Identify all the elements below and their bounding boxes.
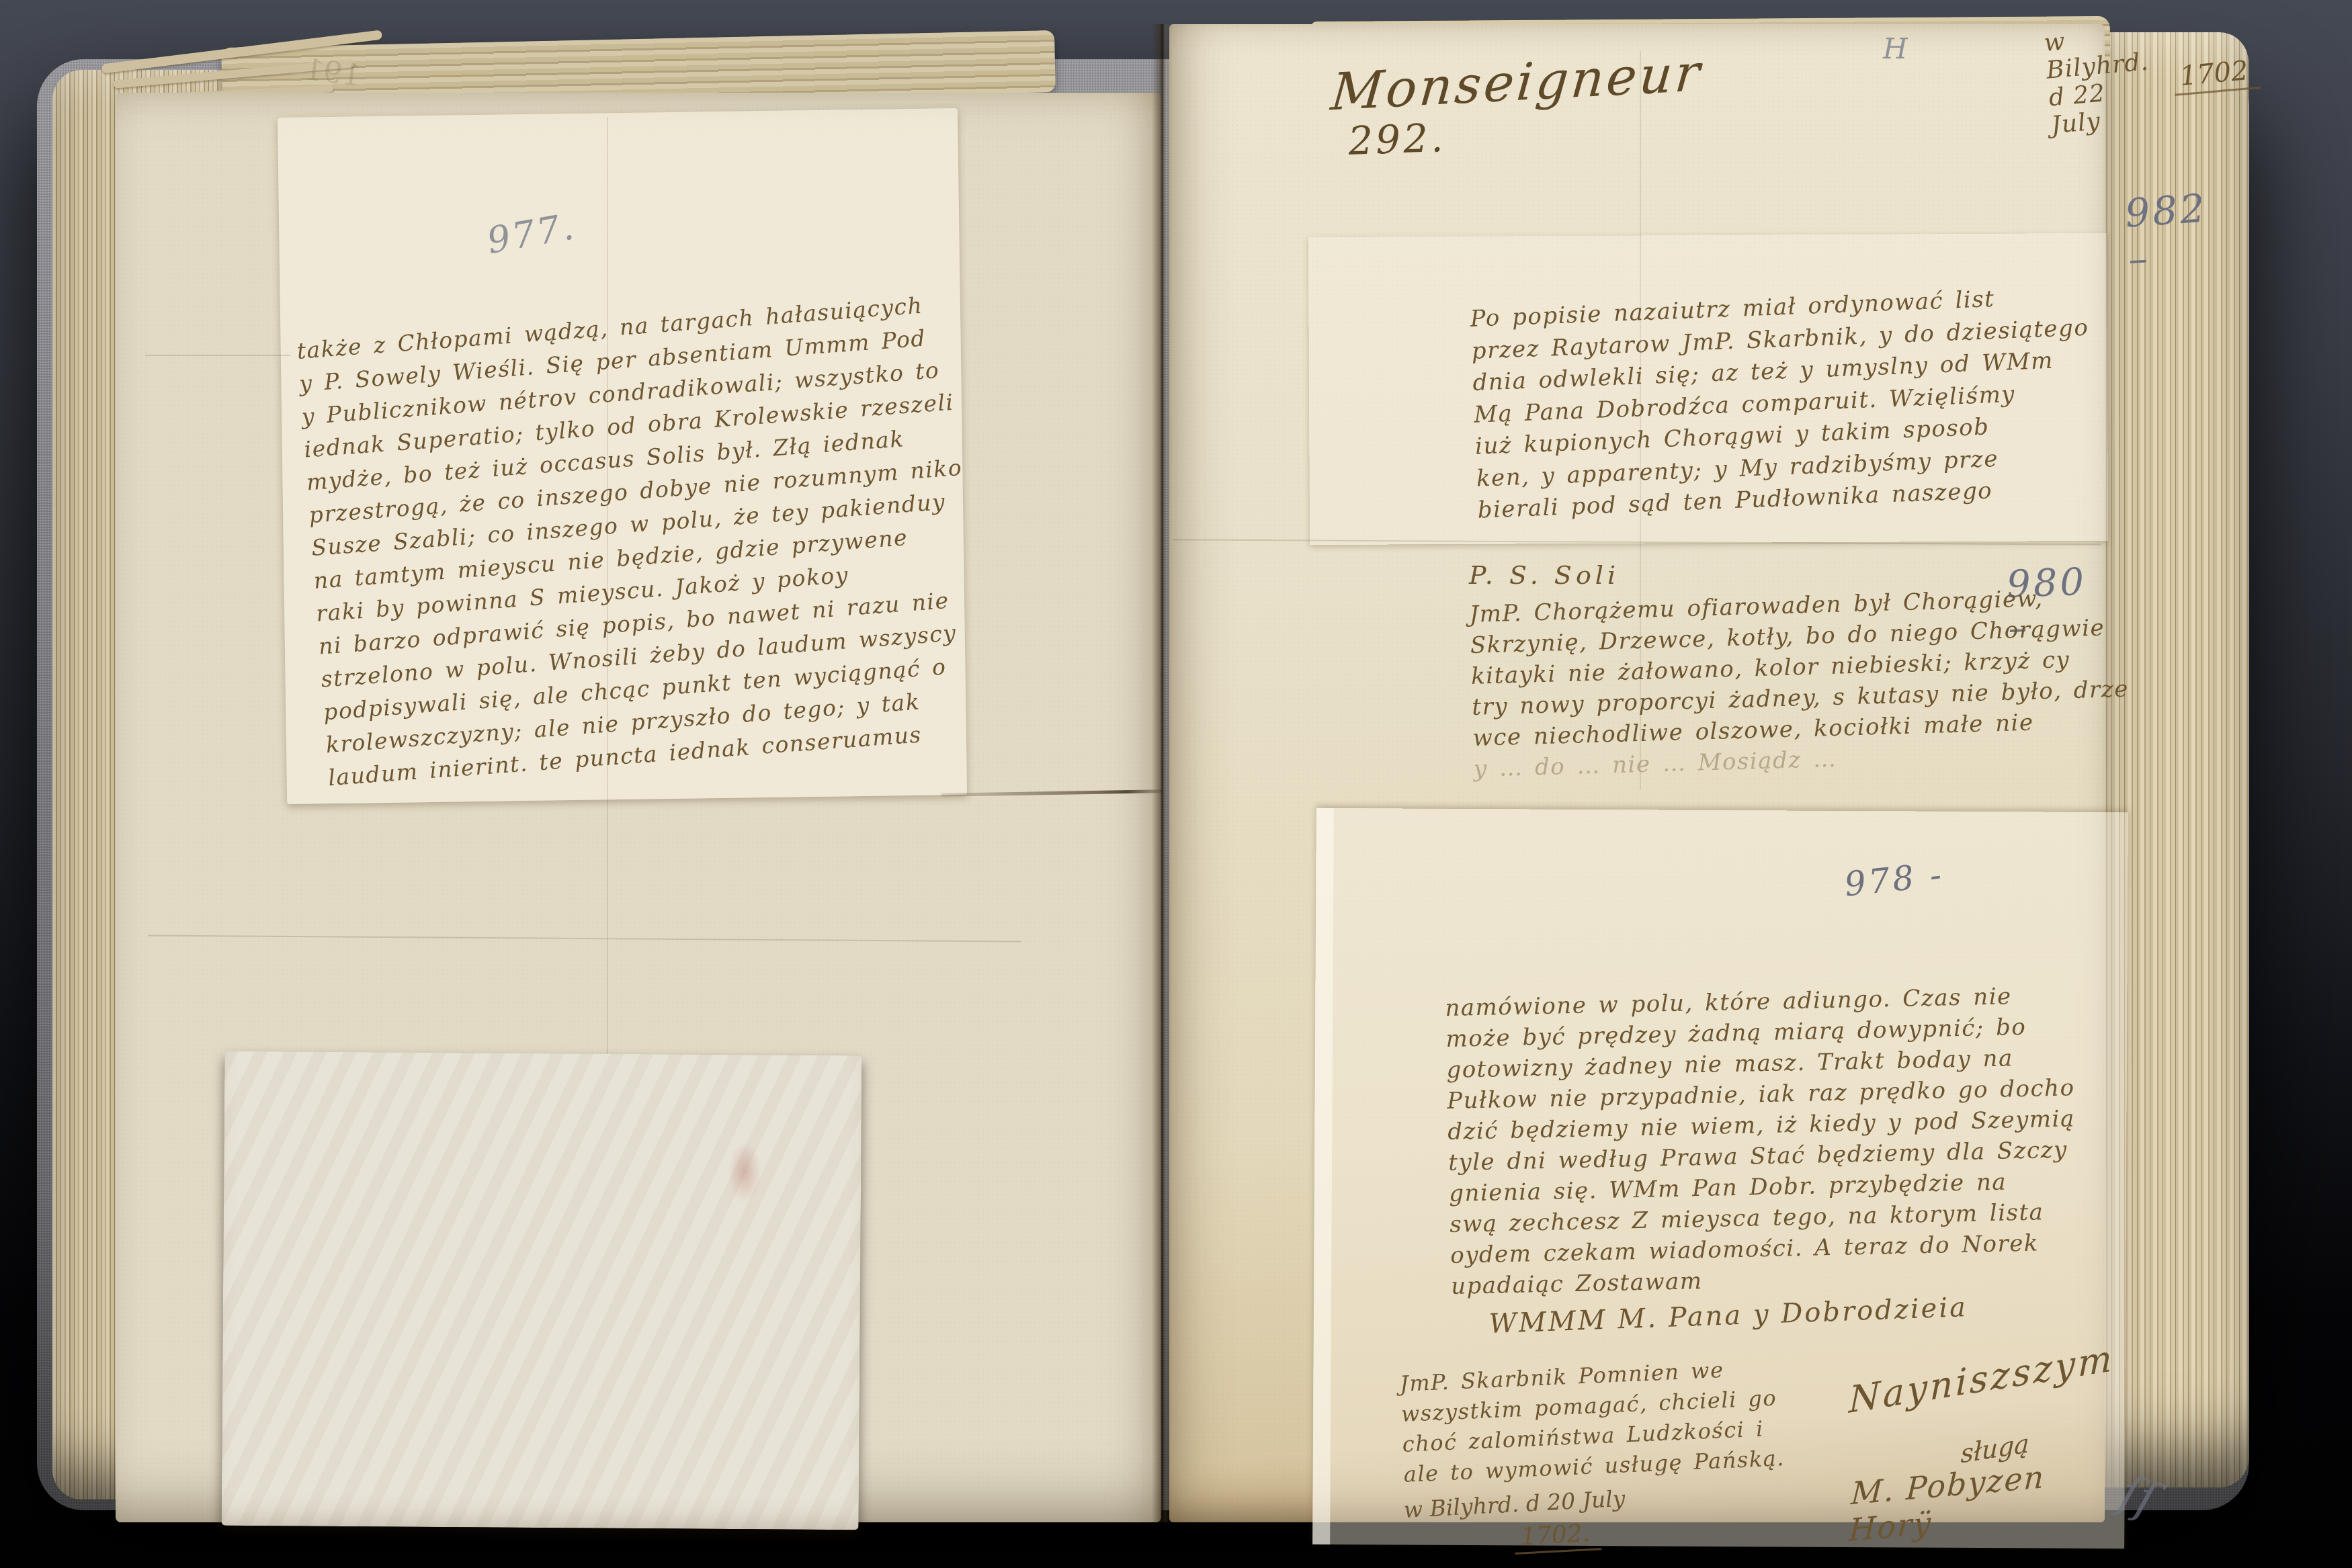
pasted-blank-sheet bbox=[222, 1051, 862, 1530]
manuscript-text-block-980: JmP. Chorążemu ofiarowaden był Chorągiew… bbox=[1469, 581, 2131, 785]
book-gutter-shadow bbox=[1152, 24, 1172, 1522]
sheet-seam bbox=[145, 355, 290, 356]
manuscript-text-block-977: także z Chłopami wądzą, na targach hałas… bbox=[296, 287, 982, 795]
archival-book-photograph: 191 977. także z Chłopami wądzą, na targ… bbox=[0, 0, 2352, 1568]
postscript-heading: P. S. Soli bbox=[1469, 560, 1620, 590]
dateline-bottom-year: 1702. bbox=[1513, 1519, 1601, 1555]
manuscript-text-block-982: Po popisie nazaiutrz miał ordynować list… bbox=[1470, 280, 2095, 527]
seal-stain bbox=[721, 1129, 769, 1216]
left-page: 191 977. także z Chłopami wądzą, na targ… bbox=[116, 93, 1161, 1522]
pencil-h-mark: H bbox=[1883, 32, 1908, 65]
dateline-top: w Bilyhrd. d 22 July bbox=[2043, 21, 2154, 140]
postscript-text-block: JmP. Skarbnik Pomnien we wszystkim pomag… bbox=[1399, 1352, 1786, 1490]
archival-number-982: 982 – bbox=[2124, 185, 2212, 281]
folio-number: 292. bbox=[1347, 115, 1446, 164]
manuscript-text-block-978: namówione w polu, które adiungo. Czas ni… bbox=[1445, 979, 2079, 1301]
right-page: Monseigneur H w Bilyhrd. d 22 July 1702 … bbox=[1169, 24, 2105, 1522]
show-through-ghost-number: 191 bbox=[302, 52, 363, 93]
